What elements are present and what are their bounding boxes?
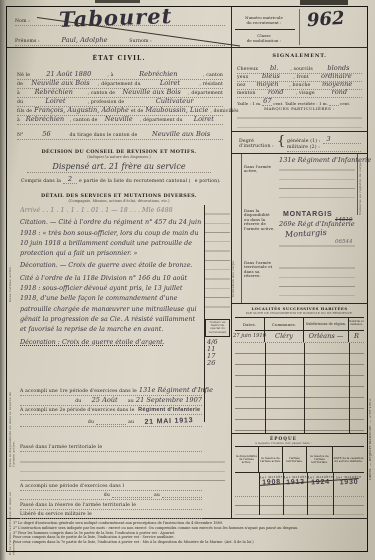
hand-text: bl.: [260, 65, 288, 72]
table-empty-rows: [235, 343, 364, 433]
territoriale-label: Dans l'armée territoriale et dans sa rés…: [244, 261, 276, 279]
left-column: ÉTAT CIVIL. Né le 21 Août 1880 , à Rebré…: [7, 47, 231, 518]
print-text: générale (1) :: [287, 139, 321, 144]
armee-active-label: Dans l'armée active,: [244, 165, 276, 174]
ruled-lines: [279, 259, 355, 299]
prenoms-value: Paul, Adolphe: [42, 37, 127, 44]
decision-hand: Dispensé art. 21 frère au service: [27, 162, 211, 173]
hand-text: blonds: [315, 65, 362, 72]
print-text: , résidant: [199, 82, 223, 87]
col-header-dates: Dates.: [235, 318, 265, 330]
hand-text: moyen: [248, 81, 288, 88]
print-text: à: [17, 91, 20, 96]
col-header-subdivisions: Subdivisions de région.: [304, 318, 349, 330]
montargis-stamp: MONTARGIS: [283, 211, 332, 218]
printer-imprint: Gners. — Registre matricule. — 2-89-1903…: [369, 260, 374, 480]
print-text: , département du: [140, 118, 183, 123]
cell-commune: Cléry: [265, 331, 304, 342]
hand-text: François, Augustin, Adolphe: [34, 107, 129, 114]
passe-territoriale-row: Passé dans l'armée territoriale le: [20, 445, 202, 452]
ruled-lines: [237, 109, 362, 128]
passe-reserve-row: Passé dans la réserve de l'armée territo…: [20, 503, 202, 510]
print-text: A accompli une 2e période d'exercices da…: [20, 408, 135, 413]
print-text: N°: [17, 133, 24, 138]
epoque-col4: la réserve de l'armée territoriale.: [307, 447, 333, 472]
ruled-lines: [279, 237, 355, 255]
print-text: , bouche: [289, 83, 310, 88]
sig-row: menton rond , visage rond: [237, 89, 362, 98]
print-text: , département: [188, 91, 223, 96]
hand-text: 3: [323, 136, 361, 144]
hand-text: Neuville aux Bois: [117, 89, 186, 96]
print-text: , sourcils: [290, 67, 313, 72]
col-header-communes: Communes.: [265, 318, 304, 330]
hand-text: 67: [262, 98, 272, 106]
periode2-dates: du au 21 MAI 1913: [20, 418, 202, 427]
regiment-stamp: Régiment d'Infanterie: [137, 407, 202, 413]
hand-entry: Citation. — Cité à l'ordre du régiment n…: [20, 217, 202, 258]
periode3-dates: du au: [20, 493, 202, 500]
print-text: et de: [131, 109, 143, 114]
print-text: , canton: [203, 73, 223, 78]
surnom-label: Surnom :: [129, 39, 152, 44]
print-text: Cheveux: [237, 67, 258, 72]
print-text: , visage: [296, 91, 315, 96]
services-handwritten-block: Arrivé . . 1 . 1 . 1 . 1 . 01 . 1 — 18 .…: [20, 205, 202, 355]
margin-label-indication-corps: Indication des corps.: [232, 157, 240, 297]
print-text: au: [128, 399, 134, 404]
hand-text: moyenne: [312, 81, 362, 88]
etat-row: à Rebréchien , canton de Neuville , dépa…: [17, 116, 223, 125]
hand-text: Loiret: [25, 98, 85, 105]
ruled-lines: [205, 205, 230, 315]
epoque-stamp-2: 1er Octobre1913: [284, 475, 307, 487]
cell-domicile: R: [349, 331, 364, 342]
prenoms-label: Prénoms :: [15, 39, 40, 44]
print-text: yeux: [237, 75, 248, 80]
degre-militaire-row: militaire (2) :: [287, 145, 361, 152]
periode1-row: A accompli une 1re période d'exercices d…: [20, 387, 202, 396]
date-stamp: 21 MAI 1913: [136, 417, 202, 426]
degre-label: Degré d'instruction :: [239, 139, 279, 149]
matricule-label: Numéro matricule du recrutement :: [235, 15, 293, 25]
print-text: nez: [237, 83, 246, 88]
compris-row: Compris dans la 2 e partie de la liste d…: [21, 176, 219, 185]
epoque-table: la disponibilité de l'armée active. la r…: [235, 446, 364, 514]
print-text: Libéré du service militaire le: [20, 512, 92, 517]
hand-entry: Décoration. — Croix de guerre avec étoil…: [20, 260, 202, 270]
margin-label-disponibilite: Dans la disponibilité ou dans la réserve…: [9, 382, 18, 467]
degre-generale-row: générale (1) : 3: [287, 136, 361, 145]
nom-label: Nom :: [15, 19, 30, 24]
scan-artifact: [95, 0, 140, 3]
print-text: , département du: [98, 82, 141, 87]
print-text: , à: [107, 73, 113, 78]
hand-text: Rebréchien: [22, 116, 68, 123]
col-header-domicile: Domicile ou résidence.: [349, 318, 364, 330]
hand-text: ordinaire: [311, 73, 362, 80]
hand-text: rond: [258, 89, 294, 96]
hand-entry: Décoration : Croix de guerre étoile d'ar…: [20, 337, 202, 347]
print-text: Compris dans la: [21, 179, 61, 184]
scan-artifact: [300, 0, 348, 5]
hand-text: 56: [26, 131, 68, 138]
print-text: Passé dans la réserve de l'armée territo…: [20, 503, 136, 508]
hand-text: rond: [317, 89, 362, 96]
hand-text: Rebréchien: [22, 89, 86, 96]
cell-subdivision: Orléans —: [304, 331, 349, 342]
print-text: , canton de: [70, 118, 98, 123]
footnote: Pour ceux compris dans la 7e partie de l…: [13, 540, 363, 545]
matricule-special-box: Numéro au matricule spécial du recruteme…: [205, 319, 230, 337]
periode2-row: A accompli une 2e période d'exercices da…: [20, 407, 202, 415]
print-text: e partie de la liste du recrutement cant…: [79, 179, 191, 184]
decision-subtitle: (Indiquer la nature des dispenses.): [7, 155, 231, 159]
print-text: de: [17, 82, 23, 87]
print-text: , canton de: [88, 91, 116, 96]
print-text: , front: [293, 75, 308, 80]
signalement-title: SIGNALEMENT.: [231, 53, 368, 59]
header-section: Nom : Tabouret Prénoms : Paul, Adolphe S…: [7, 7, 368, 47]
epoque-col5-date-cessation: DATE de la cessation du service militair…: [333, 447, 364, 472]
epoque-stamp-4: 1er Octobre1930: [334, 474, 364, 486]
print-text: Passé dans l'armée territoriale le: [20, 445, 102, 450]
margin-label-registre-corps: Numéros au registre de corps.: [359, 155, 367, 215]
hand-text: Loiret: [185, 116, 223, 123]
print-text: du: [88, 420, 94, 425]
hand-entry: Arrivé . . 1 . 1 . 1 . 1 . 01 . 1 — 18 .…: [20, 205, 202, 215]
epoque-col2: la réserve de l'armée active.: [259, 447, 283, 472]
hand-text: 21 Août 1880: [32, 71, 105, 78]
periode1-dates: du 25 Août au 21 Septembre 1907: [20, 397, 202, 406]
margin-label-armee-active: Dans l'armée active.: [9, 212, 17, 302]
print-text: e portion).: [195, 179, 221, 184]
ruled-lines: [20, 453, 225, 481]
hand-text: Neuville aux Bois: [25, 80, 96, 87]
localites-table: Dates. Communes. Subdivisions de région.…: [235, 317, 364, 432]
brace: {: [277, 134, 285, 149]
hand-text: Neuville aux Bois: [139, 131, 223, 138]
print-text: au: [154, 493, 160, 498]
hand-text: 2: [63, 176, 77, 184]
localites-subtitle: PAR SUITE DE CHANGEMENTS DE DOMICILE OU …: [231, 311, 368, 315]
hand-text: 131e Régiment d'Infie: [139, 387, 213, 394]
print-text: militaire (2) :: [287, 145, 320, 150]
dispo-label: Dans la disponibilité ou dans la réserve…: [244, 209, 276, 231]
epoque-subtitle: à laquelle l'homme doit passer dans :: [231, 441, 336, 445]
print-text: , profession de: [88, 100, 125, 105]
matricule-special-values: 4/6 11 17 26: [207, 339, 229, 367]
print-text: A accompli une 1re période d'exercices d…: [20, 389, 137, 394]
ruled-lines: [279, 161, 355, 201]
periode3-row: A accompli une période d'exercices dans …: [20, 484, 202, 491]
matricule-number: 962: [306, 8, 345, 32]
hand-entry: Cité à l'ordre de la 118e Division n° 16…: [20, 273, 202, 335]
footnotes: 1° Le degré d'instruction générale sera …: [13, 521, 363, 545]
hand-text: bleus: [250, 73, 291, 80]
tirage-row: N° 56 du tirage dans le canton de Neuvil…: [17, 131, 223, 140]
epoque-col1: la disponibilité de l'armée active.: [235, 447, 259, 472]
print-text: au: [128, 420, 134, 425]
print-text: du: [75, 399, 81, 404]
hand-text: 26: [207, 360, 229, 367]
right-column: SIGNALEMENT. Cheveux bl. , sourcils blon…: [231, 47, 368, 518]
print-text: Né le: [17, 73, 30, 78]
services-subtitle: (Compagnie, Mission, actions d'éclat, dé…: [7, 199, 231, 203]
hand-text: 21 Septembre 1907: [136, 397, 202, 404]
print-text: du tirage dans le canton de: [69, 133, 137, 138]
print-text: fils de: [17, 109, 32, 114]
cell-date: 27 juin 1910: [235, 331, 265, 342]
hand-text: Rebréchien: [116, 71, 202, 78]
print-text: du: [104, 493, 110, 498]
hand-text: Mauboussin, Lucie: [145, 107, 208, 114]
hand-text: Cultivateur: [126, 98, 223, 105]
epoque-col3: l'armée territoriale.: [283, 447, 307, 472]
table-row: 27 juin 1910 Cléry Orléans — R: [235, 331, 364, 343]
hand-text: 25 Août: [83, 397, 126, 404]
crossed-number: 14510: [335, 217, 353, 224]
etat-civil-title: ÉTAT CIVIL.: [7, 55, 231, 62]
print-text: menton: [237, 91, 256, 96]
hand-text: Loiret: [143, 80, 198, 87]
libere-row: Libéré du service militaire le: [20, 512, 202, 519]
classe-label: Classe de mobilisation :: [235, 33, 293, 43]
military-record-sheet: Nom : Tabouret Prénoms : Paul, Adolphe S…: [6, 6, 368, 552]
print-text: du: [17, 100, 23, 105]
print-text: A accompli une période d'exercices dans …: [20, 484, 124, 489]
print-text: à: [17, 118, 20, 123]
hand-text: Neuville: [100, 116, 138, 123]
